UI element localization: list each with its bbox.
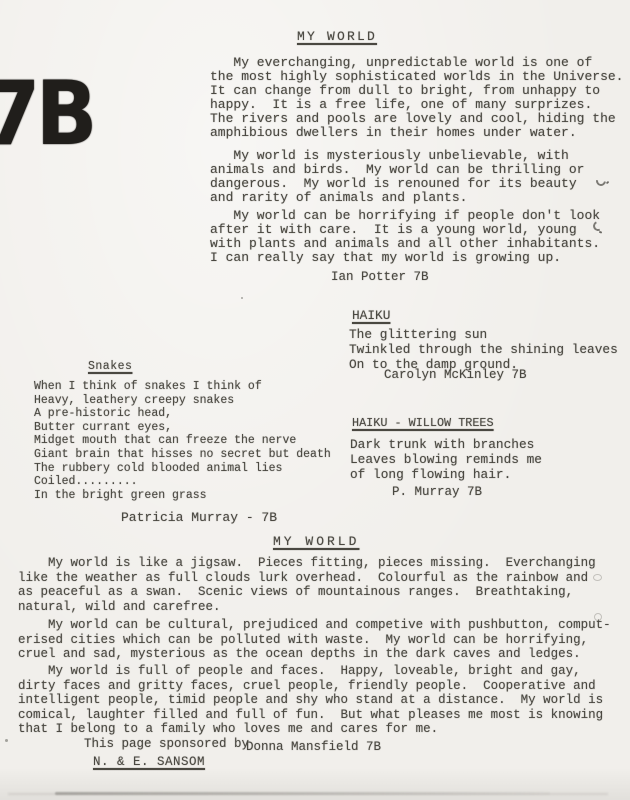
haiku-willow-author: P. Murray 7B bbox=[392, 485, 482, 500]
my-world-1-author: Ian Potter 7B bbox=[331, 270, 429, 285]
snakes-body: When I think of snakes I think of Heavy,… bbox=[34, 380, 331, 502]
haiku-sun-body: The glittering sun Twinkled through the … bbox=[349, 327, 618, 372]
my-world-2-paragraph-2: My world can be cultural, prejudiced and… bbox=[18, 618, 611, 662]
my-world-2-author: Donna Mansfield 7B bbox=[246, 740, 381, 755]
haiku-sun-author: Carolyn McKinley 7B bbox=[384, 368, 527, 383]
my-world-2-paragraph-1: My world is like a jigsaw. Pieces fittin… bbox=[18, 556, 596, 614]
scan-speck-icon bbox=[241, 297, 243, 299]
scanned-magazine-page: 7B MY WORLD My everchanging, unpredictab… bbox=[0, 0, 630, 800]
my-world-1-paragraph-3: My world can be horrifying if people don… bbox=[210, 209, 600, 265]
my-world-2-title: MY WORLD bbox=[273, 535, 359, 549]
my-world-1-title: MY WORLD bbox=[297, 30, 377, 44]
haiku-sun-title: HAIKU bbox=[352, 308, 390, 323]
snakes-author: Patricia Murray - 7B bbox=[121, 511, 277, 525]
scan-speck-icon bbox=[5, 739, 8, 742]
ink-smudge-icon bbox=[594, 174, 608, 188]
class-badge-7b: 7B bbox=[0, 70, 93, 158]
haiku-willow-title: HAIKU - WILLOW TREES bbox=[352, 416, 494, 430]
scan-edge-shadow bbox=[55, 792, 550, 795]
sponsor-name: N. & E. SANSOM bbox=[93, 755, 205, 770]
sponsor-prefix: This page sponsored by bbox=[84, 737, 249, 752]
scan-speck-icon bbox=[594, 613, 602, 621]
scan-speck-icon bbox=[593, 574, 602, 581]
snakes-title: Snakes bbox=[88, 360, 132, 374]
my-world-1-paragraph-2: My world is mysteriously unbelievable, w… bbox=[210, 149, 584, 205]
my-world-2-paragraph-3: My world is full of people and faces. Ha… bbox=[18, 664, 603, 737]
haiku-willow-body: Dark trunk with branches Leaves blowing … bbox=[350, 437, 542, 482]
my-world-1-paragraph-1: My everchanging, unpredictable world is … bbox=[210, 56, 623, 140]
